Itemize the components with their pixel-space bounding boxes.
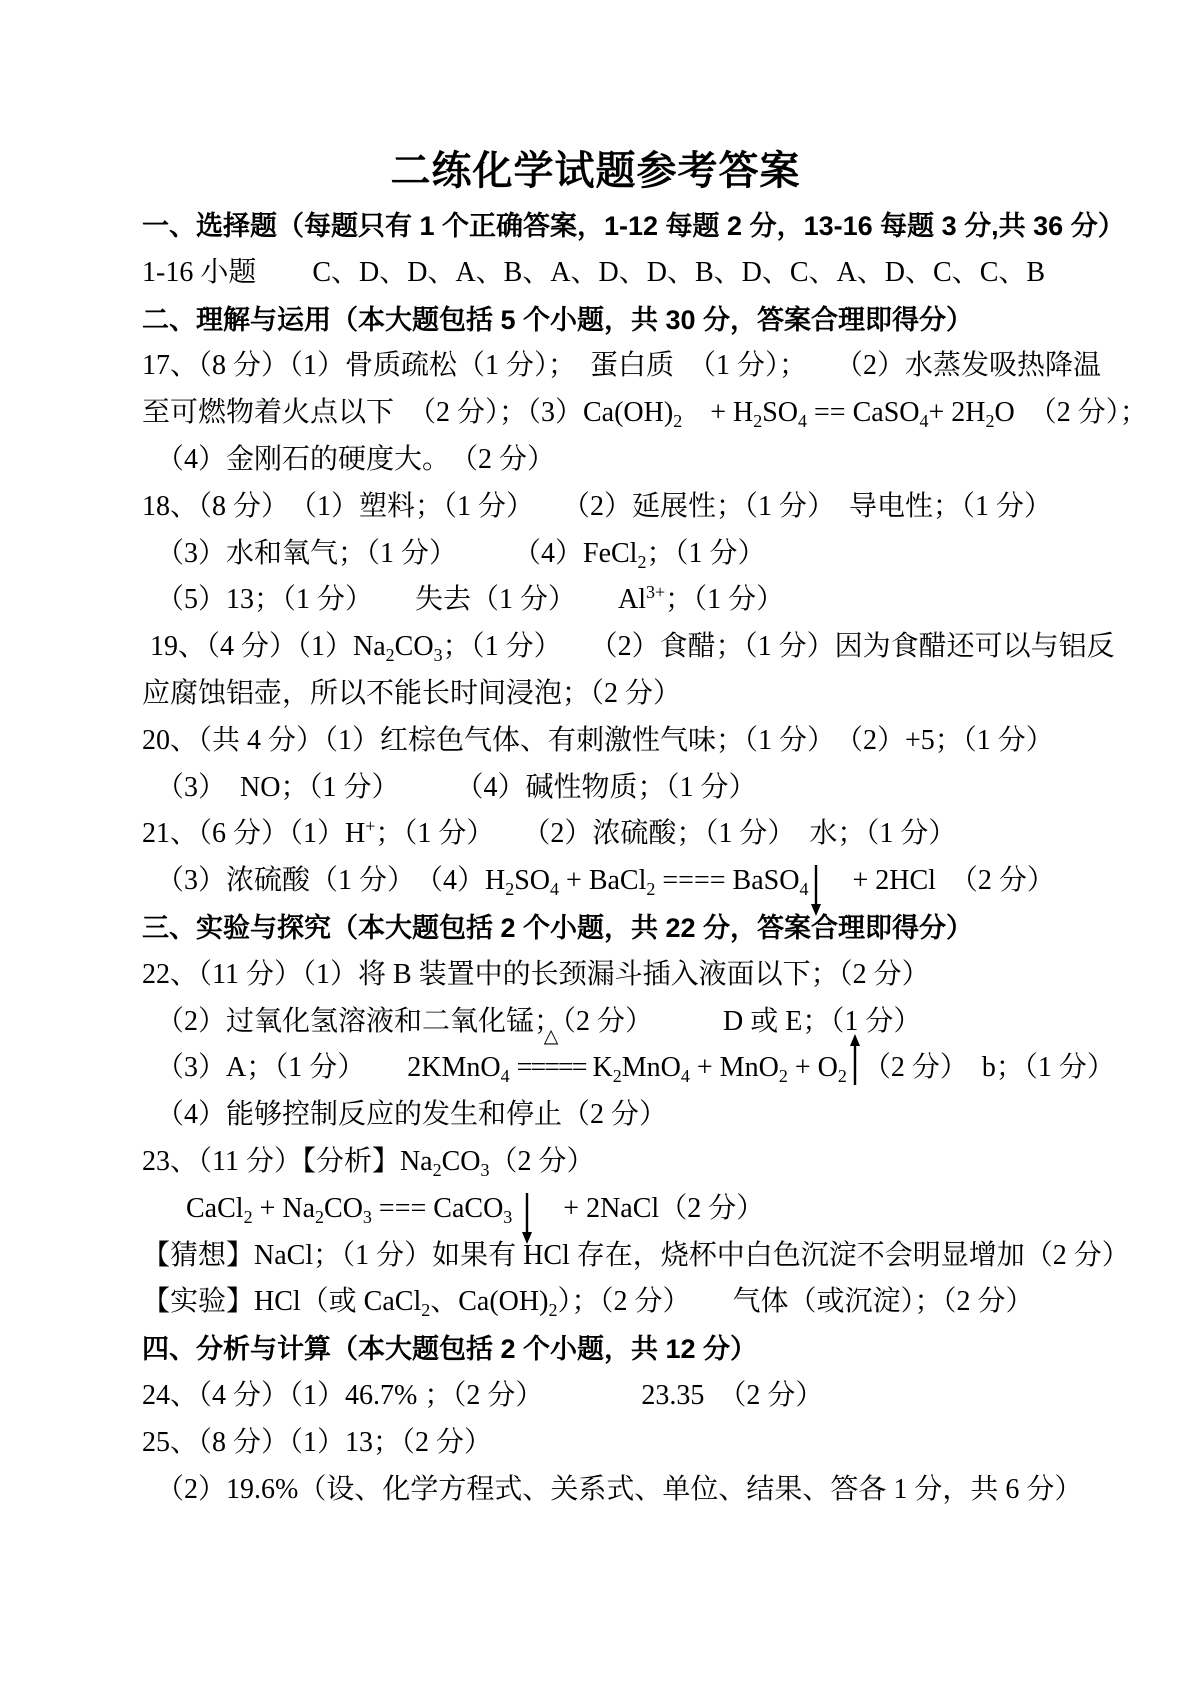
text-run: 25、（8 分）（1）13；（2 分） — [142, 1427, 492, 1458]
text-run: + Na — [253, 1193, 315, 1224]
subscript: 4 — [681, 1066, 690, 1086]
subscript: 3 — [481, 1160, 490, 1180]
subscript: 2 — [753, 411, 762, 431]
subscript: 3 — [363, 1207, 372, 1227]
text-run: 、Ca(OH) — [430, 1286, 548, 1317]
superscript: + — [365, 816, 375, 836]
document-body: 一、选择题（每题只有 1 个正确答案，1-12 每题 2 分，13-16 每题 … — [0, 194, 1191, 1513]
line-q20-line2: （3） NO；（1 分） （4）碱性物质；（1 分） — [142, 765, 1151, 812]
subscript: 4 — [550, 879, 559, 899]
text-run: （2 分） b；（1 分） — [863, 1052, 1115, 1083]
line-q22-line1: 22、（11 分）（1）将 B 装置中的长颈漏斗插入液面以下；（2 分） — [142, 952, 1151, 999]
line-q23-line4: 【实验】HCl（或 CaCl2、Ca(OH)2）；（2 分） 气体（或沉淀）；（… — [142, 1279, 1151, 1326]
precipitate-down-arrow-icon — [519, 1195, 535, 1221]
precipitate-down-arrow-icon — [808, 867, 824, 893]
page-title: 二练化学试题参考答案 — [0, 0, 1191, 194]
text-run — [510, 1052, 517, 1083]
text-run: （2）19.6%（设、化学方程式、关系式、单位、结果、答各 1 分，共 6 分） — [156, 1474, 1082, 1505]
text-run: + 2NaCl（2 分） — [535, 1193, 764, 1224]
text-run: SO — [762, 397, 798, 428]
subscript: 3 — [503, 1207, 512, 1227]
text-run: 二、理解与运用（本大题包括 5 个小题，共 30 分，答案合理即得分） — [142, 305, 973, 335]
line-q21-line2: （3）浓硫酸（1 分） （4）H2SO4 + BaCl2 ==== BaSO4 … — [142, 858, 1151, 905]
text-run: 【实验】HCl（或 CaCl — [142, 1286, 421, 1317]
text-run: CO — [324, 1193, 363, 1224]
line-q19-line1: 19、（4 分）（1）Na2CO3；（1 分） （2）食醋；（1 分）因为食醋还… — [142, 624, 1151, 671]
equation-equals-heated: △===== — [517, 1045, 586, 1092]
text-run: （3）A；（1 分） 2KMnO — [156, 1052, 501, 1083]
text-run: 21、（6 分）（1）H — [142, 818, 365, 849]
text-run: MnO — [622, 1052, 681, 1083]
equals-sign: ===== — [517, 1052, 586, 1083]
text-run: + 2HCl （2 分） — [824, 865, 1054, 896]
line-q21-line1: 21、（6 分）（1）H+；（1 分） （2）浓硫酸；（1 分） 水；（1 分） — [142, 811, 1151, 858]
text-run: ）；（2 分） 气体（或沉淀）；（2 分） — [557, 1286, 1033, 1317]
text-run: 23、（11 分）【分析】Na — [142, 1146, 433, 1177]
text-run: 1-16 小题 C、D、D、A、B、A、D、D、B、D、C、A、D、C、C、B — [142, 257, 1045, 288]
subscript: 2 — [986, 411, 995, 431]
text-run: 【猜想】NaCl；（1 分）如果有 HCl 存在，烧杯中白色沉淀不会明显增加（2… — [142, 1240, 1130, 1271]
line-q18-line3: （5）13；（1 分） 失去（1 分） Al3+；（1 分） — [142, 577, 1151, 624]
subscript: 2 — [613, 1066, 622, 1086]
gas-up-arrow-icon — [847, 1054, 863, 1080]
text-run: 应腐蚀铝壶，所以不能长时间浸泡；（2 分） — [142, 678, 681, 709]
line-q22-line3: （3）A；（1 分） 2KMnO4 △===== K2MnO4 + MnO2 +… — [142, 1045, 1151, 1092]
subscript: 2 — [673, 411, 682, 431]
text-run: 19、（4 分）（1）Na — [150, 631, 386, 662]
line-answers-1-16: 1-16 小题 C、D、D、A、B、A、D、D、B、D、C、A、D、C、C、B — [142, 250, 1151, 297]
line-q24-line1: 24、（4 分）（1）46.7% ；（2 分） 23.35 （2 分） — [142, 1373, 1151, 1420]
line-q25-line1: 25、（8 分）（1）13；（2 分） — [142, 1420, 1151, 1467]
text-run: CO — [395, 631, 434, 662]
line-q22-line4: （4）能够控制反应的发生和停止（2 分） — [142, 1092, 1151, 1139]
text-run: SO — [514, 865, 550, 896]
text-run: 至可燃物着火点以下 （2 分）；（3）Ca(OH) — [142, 397, 673, 428]
text-run: ；（1 分） （2）食醋；（1 分）因为食醋还可以与铝反 — [443, 631, 1115, 662]
text-run: CO — [442, 1146, 481, 1177]
heat-delta-triangle-icon: △ — [544, 1027, 559, 1046]
line-q20-line1: 20、（共 4 分）（1）红棕色气体、有刺激性气味；（1 分） （2）+5；（1… — [142, 718, 1151, 765]
text-run: ==== BaSO — [655, 865, 799, 896]
subscript: 4 — [798, 411, 807, 431]
subscript: 2 — [386, 645, 395, 665]
line-q23-line3: 【猜想】NaCl；（1 分）如果有 HCl 存在，烧杯中白色沉淀不会明显增加（2… — [142, 1233, 1151, 1280]
line-section-calculation: 四、分析与计算（本大题包括 2 个小题，共 12 分） — [142, 1326, 1151, 1373]
superscript: 3+ — [646, 582, 665, 602]
answer-key-page: 二练化学试题参考答案 一、选择题（每题只有 1 个正确答案，1-12 每题 2 … — [0, 0, 1191, 1684]
subscript: 2 — [315, 1207, 324, 1227]
text-run: ；（1 分） — [646, 538, 765, 569]
text-run: 三、实验与探究（本大题包括 2 个小题，共 22 分，答案合理即得分） — [142, 913, 973, 943]
text-run: 22、（11 分）（1）将 B 装置中的长颈漏斗插入液面以下；（2 分） — [142, 959, 930, 990]
text-run: 一、选择题（每题只有 1 个正确答案，1-12 每题 2 分，13-16 每题 … — [142, 211, 1125, 241]
line-q19-line2: 应腐蚀铝壶，所以不能长时间浸泡；（2 分） — [142, 671, 1151, 718]
text-run: === CaCO — [372, 1193, 503, 1224]
text-run: （4）金刚石的硬度大。 （2 分） — [156, 444, 555, 475]
line-q17-line3: （4）金刚石的硬度大。 （2 分） — [142, 437, 1151, 484]
line-section-experiment: 三、实验与探究（本大题包括 2 个小题，共 22 分，答案合理即得分） — [142, 905, 1151, 952]
text-run: + BaCl — [559, 865, 646, 896]
line-q17-line1: 17、（8 分）（1）骨质疏松（1 分）； 蛋白质 （1 分）； （2）水蒸发吸… — [142, 343, 1151, 390]
text-run: （2）过氧化氢溶液和二氧化锰；（2 分） D 或 E；（1 分） — [156, 1006, 921, 1037]
line-section-choice: 一、选择题（每题只有 1 个正确答案，1-12 每题 2 分，13-16 每题 … — [142, 203, 1151, 250]
subscript: 4 — [920, 411, 929, 431]
line-q25-line2: （2）19.6%（设、化学方程式、关系式、单位、结果、答各 1 分，共 6 分） — [142, 1467, 1151, 1514]
text-run: CaCl — [186, 1193, 244, 1224]
text-run: ；（1 分） — [665, 584, 784, 615]
subscript: 2 — [505, 879, 514, 899]
subscript: 2 — [433, 1160, 442, 1180]
text-run: + H — [682, 397, 753, 428]
text-run: + 2H — [929, 397, 986, 428]
text-run: ；（1 分） （2）浓硫酸；（1 分） 水；（1 分） — [375, 818, 956, 849]
text-run: == CaSO — [807, 397, 919, 428]
text-run: 20、（共 4 分）（1）红棕色气体、有刺激性气味；（1 分） （2）+5；（1… — [142, 725, 1054, 756]
line-q17-line2: 至可燃物着火点以下 （2 分）；（3）Ca(OH)2 + H2SO4 == Ca… — [142, 390, 1151, 437]
line-q18-line1: 18、（8 分） （1）塑料；（1 分） （2）延展性；（1 分） 导电性；（1… — [142, 484, 1151, 531]
subscript: 4 — [799, 879, 808, 899]
text-run: 17、（8 分）（1）骨质疏松（1 分）； 蛋白质 （1 分）； （2）水蒸发吸… — [142, 350, 1101, 381]
text-run: （3）浓硫酸（1 分） （4）H — [156, 865, 505, 896]
text-run: O （2 分）； — [995, 397, 1148, 428]
text-run — [512, 1193, 519, 1224]
text-run: （3） NO；（1 分） （4）碱性物质；（1 分） — [156, 772, 756, 803]
text-run: （3）水和氧气；（1 分） （4）FeCl — [156, 538, 637, 569]
text-run: 四、分析与计算（本大题包括 2 个小题，共 12 分） — [142, 1334, 757, 1364]
line-q22-line2: （2）过氧化氢溶液和二氧化锰；（2 分） D 或 E；（1 分） — [142, 999, 1151, 1046]
text-run: 24、（4 分）（1）46.7% ；（2 分） 23.35 （2 分） — [142, 1380, 823, 1411]
subscript: 2 — [421, 1300, 430, 1320]
line-q18-line2: （3）水和氧气；（1 分） （4）FeCl2；（1 分） — [142, 531, 1151, 578]
subscript: 4 — [501, 1066, 510, 1086]
subscript: 2 — [244, 1207, 253, 1227]
line-q23-line2: CaCl2 + Na2CO3 === CaCO3 + 2NaCl（2 分） — [142, 1186, 1151, 1233]
text-run: 18、（8 分） （1）塑料；（1 分） （2）延展性；（1 分） 导电性；（1… — [142, 491, 1052, 522]
subscript: 3 — [434, 645, 443, 665]
text-run: K — [586, 1052, 613, 1083]
text-run: （2 分） — [490, 1146, 595, 1177]
text-run: + MnO — [690, 1052, 779, 1083]
text-run: （5）13；（1 分） 失去（1 分） Al — [156, 584, 646, 615]
subscript: 2 — [838, 1066, 847, 1086]
line-section-understanding: 二、理解与运用（本大题包括 5 个小题，共 30 分，答案合理即得分） — [142, 297, 1151, 344]
text-run: + O — [788, 1052, 838, 1083]
line-q23-line1: 23、（11 分）【分析】Na2CO3（2 分） — [142, 1139, 1151, 1186]
subscript: 2 — [779, 1066, 788, 1086]
text-run: （4）能够控制反应的发生和停止（2 分） — [156, 1099, 667, 1130]
